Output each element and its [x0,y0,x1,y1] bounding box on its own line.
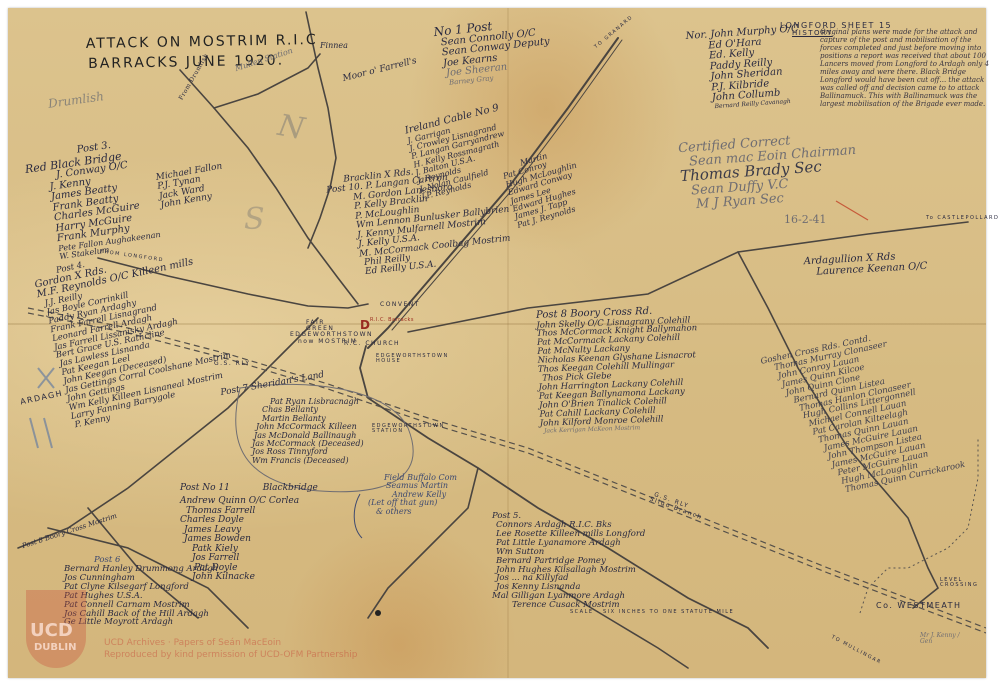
ucd-logo-subtext: DUBLIN [34,642,77,653]
map-sheet: ATTACK ON MOSTRIM R.I.C BARRACKS JUNE 19… [8,8,986,678]
label-ric-barracks: R.I.C. Barracks [370,317,414,323]
pencil-mark-ne: N [275,110,306,146]
post-location: Blackbridge [263,483,318,493]
scale-note: SCALE - SIX INCHES TO ONE STATUTE MILE [570,610,734,615]
post-10: Bracklin X Rds. Post 10. P. Langan Cartr… [325,159,515,281]
archive-credit-line2: Reproduced by kind permission of UCD-OFM… [104,650,358,660]
list-item: Ge Little Moyrott Ardagh [64,618,218,627]
label-station: EDGEWORTHSTOWN STATION [372,424,420,435]
post-3: Post 3. Red Black Bridge J. Conway O/C J… [23,136,162,265]
history-note: Original plans were made for the attack … [820,28,990,108]
post-5: Post 5. Connors Ardagh R.I.C. Bks Lee Ro… [492,512,645,610]
ucd-logo-text: UCD [30,620,73,641]
post-6: Post 6 Bernard Hanley Drummong Ardagh Jo… [64,556,218,627]
label-rc-church: R.C. CHURCH [344,341,400,347]
post-no1: No 1 Post Sean Connolly O/C Sean Conway … [433,14,553,88]
label-convent: CONVENT [380,302,420,308]
post-sheridans-land: Pat Ryan Lisbracnagh Chas Bellanty Marti… [252,398,364,465]
list-item: & others [376,508,457,516]
label-edgeworthstown-house: EDGEWORTHSTOWN HOUSE [376,354,416,365]
post-north: Nor. John Murphy O/C Ed O'Hara Ed. Kelly… [685,24,804,112]
label-level-crossing: LEVEL CROSSING [940,578,964,589]
post-heading: Post No 11 [180,483,230,493]
field-note: Field Buffalo Com Seamus Martin Andrew K… [368,474,457,516]
pencil-mark-s: S [244,204,265,236]
post-8: Post 8 Boory Cross Rd. John Skelly O/C L… [536,305,701,434]
archive-credit-line1: UCD Archives · Papers of Seán MacEoin [104,638,281,648]
certification-block: Certified Correct Sean mac Eoin Chairman… [678,130,860,213]
barracks-marker: D [360,318,370,332]
list-item: Wm Francis (Deceased) [252,457,364,465]
post-heading: Nor. [685,30,707,42]
certified-date: 16-2-41 [784,214,826,226]
label-county-westmeath: Co. WESTMEATH [876,602,962,610]
label-fair-green: FAIR GREEN [306,320,326,333]
signature-bottom: Mr J. Kenny / Gen [920,633,960,646]
label-finnea: Finnea [320,42,348,50]
list-item: Terence Cusack Mostrim [512,601,645,610]
label-to-castlepollard: To CASTLEPOLLARD [926,216,999,221]
